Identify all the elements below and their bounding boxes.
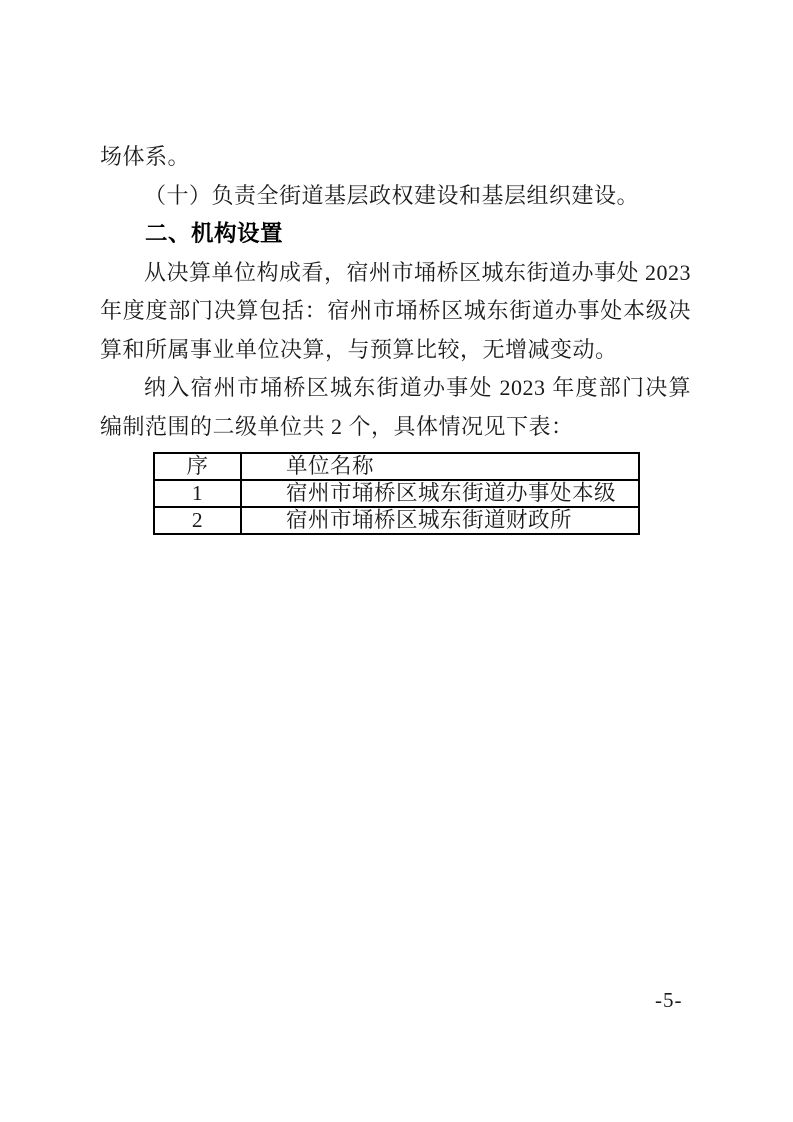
body-text: 场体系。 （十）负责全街道基层政权建设和基层组织建设。 二、机构设置 从决算单位… [100, 138, 691, 535]
units-table: 序 单位名称 1 宿州市埇桥区城东街道办事处本级 2 宿州市埇桥区城东街道财政所 [153, 452, 640, 535]
page-number: -5- [655, 988, 683, 1013]
table-header-row: 序 单位名称 [154, 453, 639, 480]
paragraph-continuation: 场体系。 [100, 138, 691, 177]
table-cell-seq: 2 [154, 507, 241, 534]
paragraph-secondary-units: 纳入宿州市埇桥区城东街道办事处 2023 年度部门决算编制范围的二级单位共 2 … [100, 369, 691, 446]
table-cell-seq: 1 [154, 480, 241, 507]
document-page: 场体系。 （十）负责全街道基层政权建设和基层组织建设。 二、机构设置 从决算单位… [0, 0, 793, 1122]
table-header-seq: 序 [154, 453, 241, 480]
table-cell-unit-name: 宿州市埇桥区城东街道办事处本级 [241, 480, 639, 507]
table-row: 1 宿州市埇桥区城东街道办事处本级 [154, 480, 639, 507]
table-cell-unit-name: 宿州市埇桥区城东街道财政所 [241, 507, 639, 534]
table-header-unit-name: 单位名称 [241, 453, 639, 480]
paragraph-units-composition: 从决算单位构成看，宿州市埇桥区城东街道办事处 2023 年度度部门决算包括：宿州… [100, 254, 691, 370]
section-heading: 二、机构设置 [100, 215, 691, 254]
table-row: 2 宿州市埇桥区城东街道财政所 [154, 507, 639, 534]
paragraph-item-ten: （十）负责全街道基层政权建设和基层组织建设。 [100, 177, 691, 216]
